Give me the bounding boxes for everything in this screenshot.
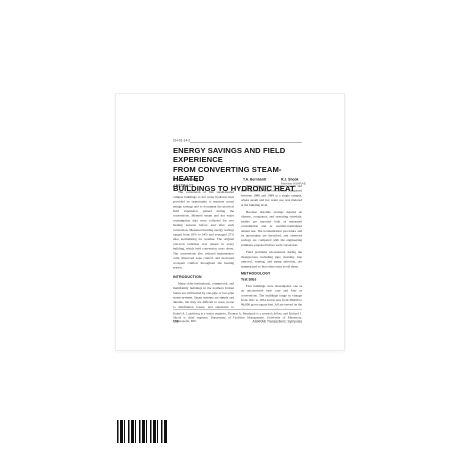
right-paragraph-3: Field problems encountered during the ch… [241, 250, 302, 269]
right-paragraph-4: Five buildings were investigated, one as… [241, 284, 302, 309]
journal-name: ASHRAE Transactions: Symposia [253, 320, 302, 325]
page-footer: 158 ASHRAE Transactions: Symposia [173, 320, 302, 325]
author-1-name: D.A. Landsberg [173, 178, 198, 182]
test-sites-subheading: Test Sites [241, 278, 302, 283]
right-paragraph-1: This paper presents monitored results an… [241, 184, 302, 208]
paper-code-row: CH-91-14-2 [173, 139, 302, 145]
introduction-text: Many older institutional, commercial, an… [173, 281, 234, 309]
right-column: This paper presents monitored results an… [241, 184, 302, 309]
abstract-text: The conversion of five steam-heated camp… [173, 190, 234, 270]
header-rule [190, 142, 302, 143]
introduction-heading: INTRODUCTION [173, 275, 234, 280]
footnote-rule [173, 309, 302, 310]
author-2: T.A. Bernhardt [243, 178, 266, 182]
author-2-name: T.A. Bernhardt [243, 178, 266, 182]
barcode-icon [117, 420, 168, 443]
abstract-heading: ABSTRACT [173, 184, 234, 189]
page-number: 158 [173, 320, 179, 325]
body-columns: ABSTRACT The conversion of five steam-he… [173, 184, 302, 309]
paper-title-line1: ENERGY SAVINGS AND FIELD EXPERIENCE [173, 146, 302, 165]
left-column: ABSTRACT The conversion of five steam-he… [173, 184, 234, 309]
page-content: CH-91-14-2 ENERGY SAVINGS AND FIELD EXPE… [173, 94, 302, 352]
paper-page: CH-91-14-2 ENERGY SAVINGS AND FIELD EXPE… [115, 93, 345, 351]
right-paragraph-2: Because absolute savings depend on clima… [241, 210, 302, 248]
preview-background: CH-91-14-2 ENERGY SAVINGS AND FIELD EXPE… [0, 0, 458, 458]
author-1: D.A. Landsberg [173, 178, 198, 182]
methodology-heading: METHODOLOGY [241, 271, 302, 276]
